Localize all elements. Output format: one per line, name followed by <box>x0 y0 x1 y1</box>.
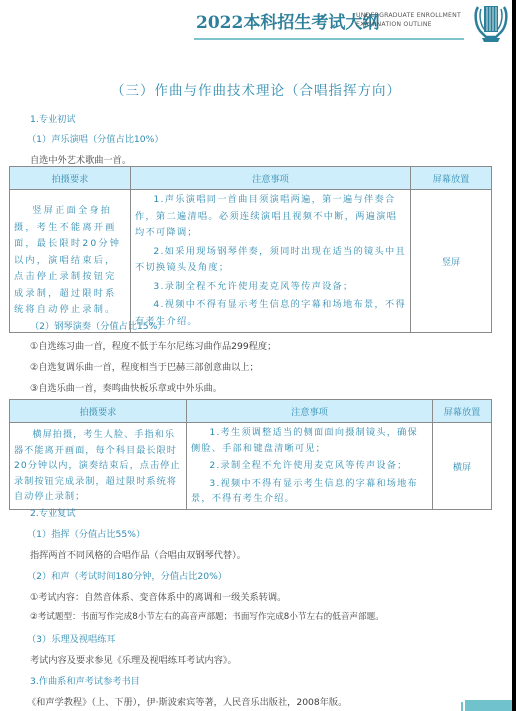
screen-orientation-cell: 竖屏 <box>411 190 492 333</box>
note-item: 3.录制全程不允许使用麦克风等传声设备； <box>131 279 410 298</box>
reference-item: 《和声学教程》（上、下册），伊·斯波索宾等著，人民音乐出版社，2008年版。 <box>27 694 347 708</box>
page-number-tab <box>465 700 512 711</box>
prelim-heading: 1.专业初试 <box>30 111 76 125</box>
piano-heading: （2）钢琴演奏（分值占比15%） <box>30 318 167 332</box>
page-tab-edge <box>461 702 463 711</box>
header-en-line2: EXAMINATION OUTLINE <box>356 20 461 29</box>
theory-description: 考试内容及要求参见《乐理及视唱练耳考试内容》。 <box>30 652 237 666</box>
shooting-requirements-cell: 横屏拍摄，考生人脸、手指和乐器不能离开画面，每个科目最长限时20分钟以内，演奏结… <box>10 423 187 510</box>
column-header: 屏幕放置 <box>433 400 492 423</box>
note-item: 1.声乐演唱同一首曲目须演唱两遍，第一遍与伴奏合作，第二遍清唱。必须连续演唱且视… <box>131 190 410 244</box>
conducting-heading: （1）指挥（分值占比55%） <box>27 526 145 540</box>
table-header-row: 拍摄要求 注意事项 屏幕放置 <box>10 167 492 190</box>
column-header: 拍摄要求 <box>10 400 187 423</box>
retest-heading: 2.专业复试 <box>30 505 76 519</box>
notes-cell: 1.声乐演唱同一首曲目须演唱两遍，第一遍与伴奏合作，第二遍清唱。必须连续演唱且视… <box>131 190 411 333</box>
column-header: 注意事项 <box>131 167 411 190</box>
note-item: 2.如采用现场钢琴伴奏，须同时出现在适当的镜头中且不切换镜头及角度； <box>131 244 410 279</box>
table-row: 竖屏正面全身拍摄，考生不能离开画面，最长限时20分钟以内，演唱结束后，点击停止录… <box>10 190 492 333</box>
note-item: 2.录制全程不允许使用麦克风等传声设备； <box>187 458 432 476</box>
piano-requirements-table: 拍摄要求 注意事项 屏幕放置 横屏拍摄，考生人脸、手指和乐器不能离开画面，每个科… <box>9 399 492 510</box>
column-header: 注意事项 <box>187 400 433 423</box>
header-divider <box>194 38 464 40</box>
header-en-line1: UNDERGRADUATE ENROLLMENT <box>356 11 461 20</box>
column-header: 屏幕放置 <box>411 167 492 190</box>
document-header-title: 2022本科招生考试大纲 <box>196 8 379 33</box>
vocal-requirements-table: 拍摄要求 注意事项 屏幕放置 竖屏正面全身拍摄，考生不能离开画面，最长限时20分… <box>9 166 492 333</box>
piano-item: ①自选练习曲一首，程度不低于车尔尼练习曲作品299程度； <box>30 338 276 352</box>
piano-item: ②自选复调乐曲一首，程度相当于巴赫三部创意曲以上； <box>30 359 259 373</box>
harmony-item: ①考试内容：自然音体系、变音体系中的离调和一级关系转调。 <box>30 589 286 603</box>
harmony-heading: （2）和声（考试时间180分钟，分值占比20%） <box>27 568 227 582</box>
harmony-item: ②考试题型：书面写作完成8小节左右的高音声部题；书面写作完成8小节左右的低音声部… <box>30 610 384 622</box>
note-item: 1.考生须调整适当的侧面面向摄制镜头，确保侧脸、手部和键盘清晰可见； <box>187 423 432 458</box>
conducting-description: 指挥两首不同风格的合唱作品（合唱由双钢琴代替）。 <box>30 547 246 561</box>
piano-item: ③自选乐曲一首，奏鸣曲快板乐章或中外乐曲。 <box>30 380 222 394</box>
vocal-description: 自选中外艺术歌曲一首。 <box>30 152 131 166</box>
note-item: 4.视频中不得有显示考生信息的字幕和场地布景，不得有考生介绍。 <box>131 297 410 332</box>
table-row: 横屏拍摄，考生人脸、手指和乐器不能离开画面，每个科目最长限时20分钟以内，演奏结… <box>10 423 492 510</box>
note-item: 3.视频中不得有显示考生信息的字幕和场地布景，不得有考生介绍。 <box>187 476 432 509</box>
shooting-requirements-cell: 竖屏正面全身拍摄，考生不能离开画面，最长限时20分钟以内，演唱结束后，点击停止录… <box>10 190 131 333</box>
column-header: 拍摄要求 <box>10 167 131 190</box>
document-header-english: UNDERGRADUATE ENROLLMENT EXAMINATION OUT… <box>356 11 461 29</box>
references-heading: 3.作曲系和声考试参考书目 <box>30 673 140 687</box>
page-edge <box>512 0 516 711</box>
section-title: （三）作曲与作曲技术理论（合唱指挥方向） <box>0 79 512 99</box>
screen-orientation-cell: 横屏 <box>433 423 492 510</box>
theory-heading: （3）乐理及视唱练耳 <box>27 631 116 645</box>
notes-cell: 1.考生须调整适当的侧面面向摄制镜头，确保侧脸、手部和键盘清晰可见； 2.录制全… <box>187 423 433 510</box>
lyre-icon <box>472 3 510 45</box>
shooting-requirements-text: 横屏拍摄，考生人脸、手指和乐器不能离开画面，每个科目最长限时20分钟以内，演奏结… <box>10 425 186 507</box>
table-header-row: 拍摄要求 注意事项 屏幕放置 <box>10 400 492 423</box>
vocal-heading: （1）声乐演唱（分值占比10%） <box>27 131 164 145</box>
shooting-requirements-text: 竖屏正面全身拍摄，考生不能离开画面，最长限时20分钟以内，演唱结束后，点击停止录… <box>10 201 130 321</box>
